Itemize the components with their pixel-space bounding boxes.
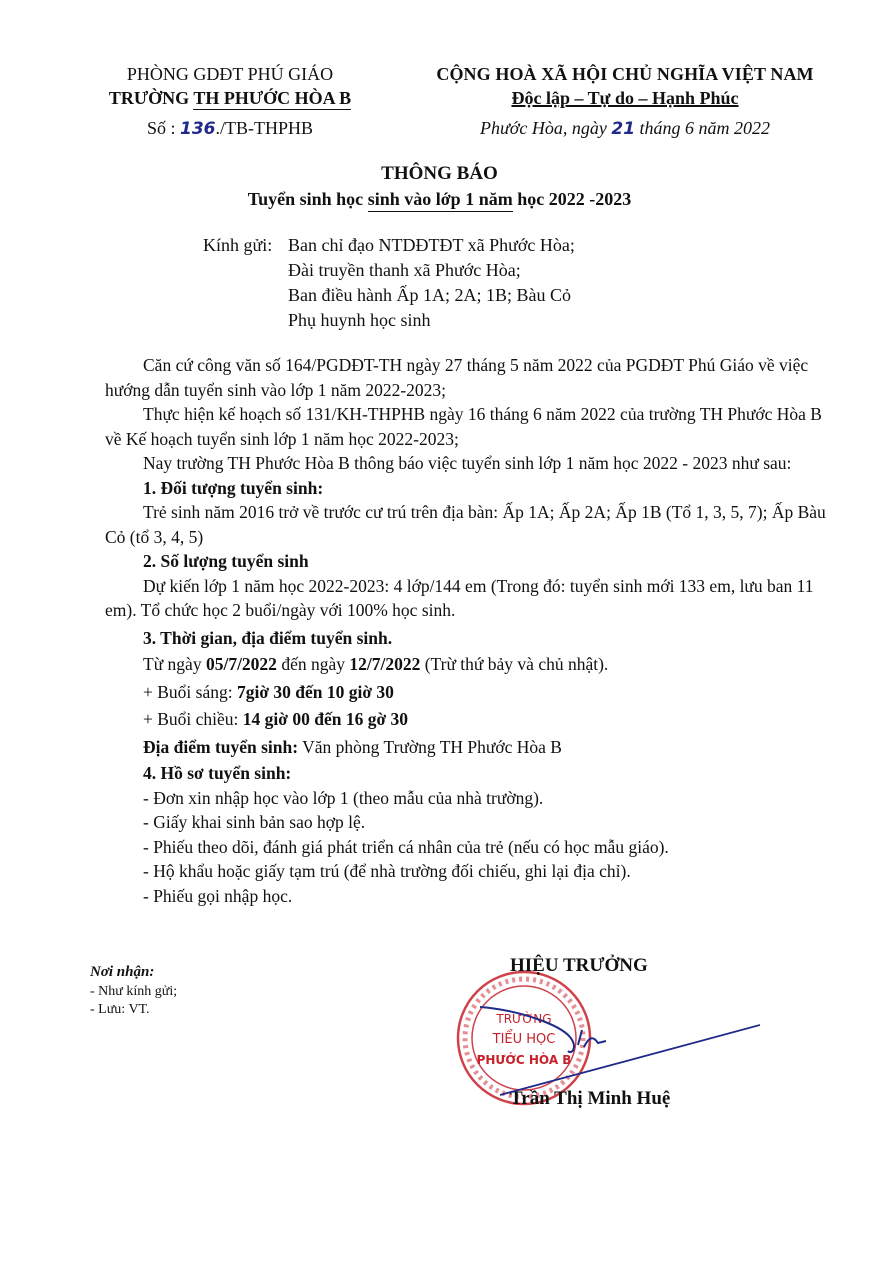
document-title: THÔNG BÁO: [0, 160, 879, 187]
section-heading: 1. Đối tượng tuyển sinh:: [105, 476, 840, 501]
distribution-list: Nơi nhận: - Như kính gửi; - Lưu: VT.: [90, 963, 177, 1019]
list-item: - Phiếu gọi nhập học.: [143, 884, 840, 909]
section-heading: 2. Số lượng tuyển sinh: [105, 549, 840, 574]
handwritten-number: 136: [180, 119, 216, 139]
enrollment-place: Địa điểm tuyển sinh: Văn phòng Trường TH…: [105, 735, 840, 760]
school-name: TRƯỜNG TH PHƯỚC HÒA B: [100, 86, 360, 110]
recipients-label: Kính gửi:: [203, 233, 288, 258]
document-body: Căn cứ công văn số 164/PGDĐT-TH ngày 27 …: [105, 353, 840, 908]
preamble-paragraph: Nay trường TH Phước Hòa B thông báo việc…: [105, 451, 840, 476]
signature-icon: [460, 985, 760, 1105]
national-header: CỘNG HOÀ XÃ HỘI CHỦ NGHĨA VIỆT NAM Độc l…: [405, 62, 845, 141]
section-text: Trẻ sinh năm 2016 trở về trước cư trú tr…: [105, 500, 840, 549]
motto: Độc lập – Tự do – Hạnh Phúc: [405, 86, 845, 110]
enrollment-dates: Từ ngày 05/7/2022 đến ngày 12/7/2022 (Tr…: [105, 652, 840, 677]
section-heading: 4. Hồ sơ tuyển sinh:: [105, 761, 840, 786]
recipients-block: Kính gửi:Ban chỉ đạo NTDĐTĐT xã Phước Hò…: [203, 233, 575, 333]
distribution-title: Nơi nhận:: [90, 963, 177, 981]
morning-hours: + Buổi sáng: 7giờ 30 đến 10 giờ 30: [105, 680, 840, 705]
section-text: Dự kiến lớp 1 năm học 2022-2023: 4 lớp/1…: [105, 574, 840, 623]
recipient-item: Ban chỉ đạo NTDĐTĐT xã Phước Hòa;: [288, 233, 575, 258]
required-documents-list: - Đơn xin nhập học vào lớp 1 (theo mẫu c…: [105, 786, 840, 909]
school-name-underlined: TH PHƯỚC HÒA B: [193, 88, 351, 110]
list-item: - Đơn xin nhập học vào lớp 1 (theo mẫu c…: [143, 786, 840, 811]
place-date: Phước Hòa, ngày 21 tháng 6 năm 2022: [405, 116, 845, 141]
country-name: CỘNG HOÀ XÃ HỘI CHỦ NGHĨA VIỆT NAM: [405, 62, 845, 86]
afternoon-hours: + Buổi chiều: 14 giờ 00 đến 16 gờ 30: [105, 707, 840, 732]
recipient-item: Phụ huynh học sinh: [288, 308, 431, 333]
handwritten-day: 21: [611, 119, 635, 139]
distribution-item: - Như kính gửi;: [90, 983, 177, 1001]
department-name: PHÒNG GDĐT PHÚ GIÁO: [100, 62, 360, 86]
issuing-authority: PHÒNG GDĐT PHÚ GIÁO TRƯỜNG TH PHƯỚC HÒA …: [100, 62, 360, 141]
preamble-paragraph: Căn cứ công văn số 164/PGDĐT-TH ngày 27 …: [105, 353, 840, 402]
list-item: - Giấy khai sinh bản sao hợp lệ.: [143, 810, 840, 835]
document-number: Số : 136./TB-THPHB: [100, 116, 360, 141]
preamble-paragraph: Thực hiện kế hoạch số 131/KH-THPHB ngày …: [105, 402, 840, 451]
document-subtitle: Tuyển sinh học sinh vào lớp 1 năm học 20…: [0, 187, 879, 211]
distribution-item: - Lưu: VT.: [90, 1001, 177, 1019]
recipient-item: Đài truyền thanh xã Phước Hòa;: [288, 258, 521, 283]
section-heading: 3. Thời gian, địa điểm tuyển sinh.: [105, 626, 840, 651]
list-item: - Phiếu theo dõi, đánh giá phát triển cá…: [143, 835, 840, 860]
list-item: - Hộ khẩu hoặc giấy tạm trú (để nhà trườ…: [143, 859, 840, 884]
signer-title: HIỆU TRƯỞNG: [510, 955, 648, 977]
recipient-item: Ban điều hành Ấp 1A; 2A; 1B; Bàu Cỏ: [288, 283, 571, 308]
